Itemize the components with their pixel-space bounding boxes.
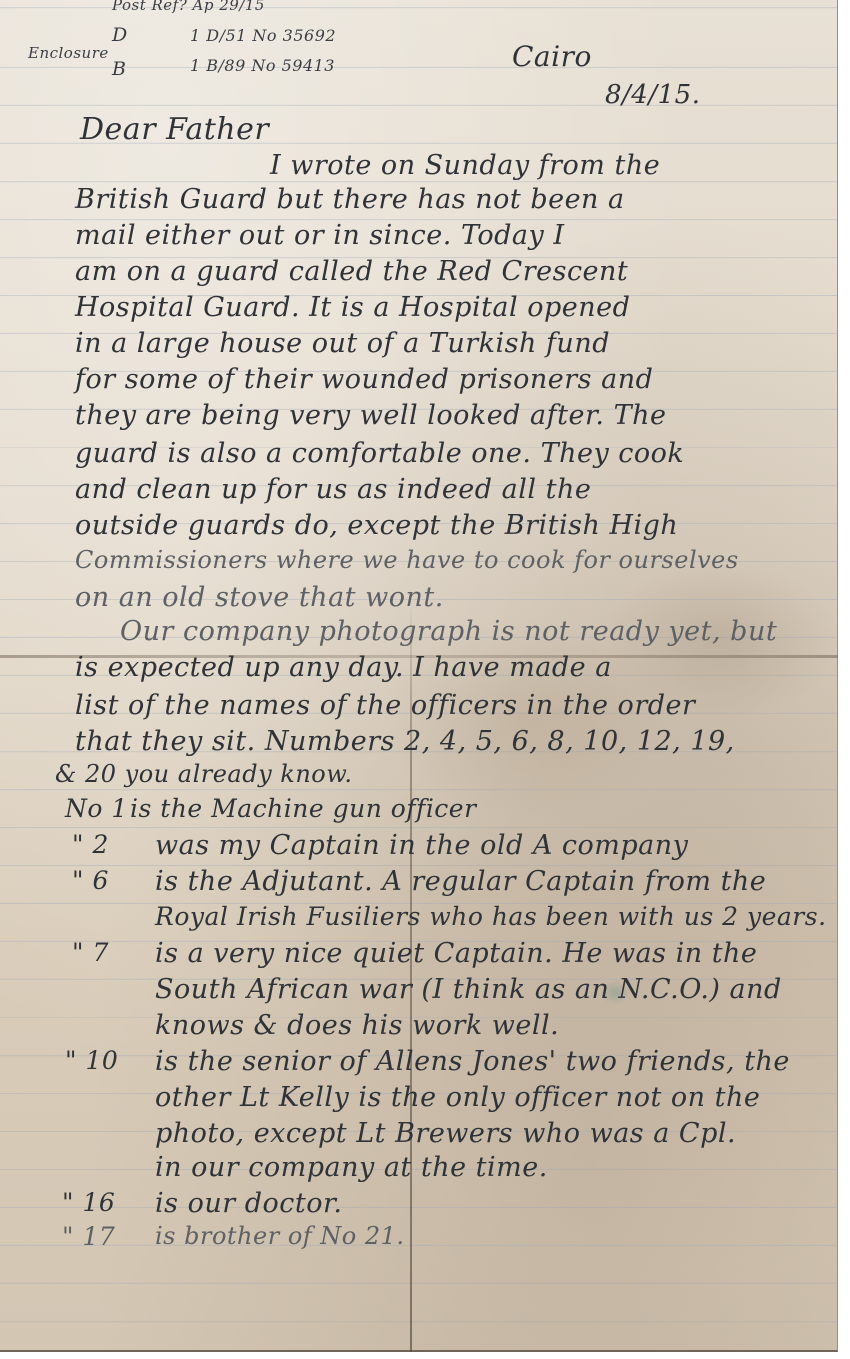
list-item-text: South African war (I think as an N.C.O.)…	[155, 974, 782, 1005]
list-item-text: was my Captain in the old A company	[155, 830, 688, 861]
letter-date: 8/4/15.	[605, 80, 700, 110]
body-line: list of the names of the officers in the…	[75, 690, 695, 721]
body-line: Hospital Guard. It is a Hospital opened	[75, 292, 630, 323]
body-line: they are being very well looked after. T…	[75, 400, 666, 431]
enclosure-ref-b: 1 B/89 No 59413	[190, 56, 335, 75]
body-line: guard is also a comfortable one. They co…	[75, 438, 684, 469]
list-item-text: photo, except Lt Brewers who was a Cpl.	[155, 1118, 736, 1149]
list-marker: " 10	[65, 1046, 118, 1075]
body-line: that they sit. Numbers 2, 4, 5, 6, 8, 10…	[75, 726, 735, 757]
enclosure-label: Enclosure	[28, 44, 109, 62]
body-line: am on a guard called the Red Crescent	[75, 256, 628, 287]
list-item-text: is brother of No 21.	[155, 1222, 405, 1250]
body-line: Our company photograph is not ready yet,…	[120, 616, 777, 647]
list-item-text: is the senior of Allens Jones' two frien…	[155, 1046, 790, 1077]
body-line: is expected up any day. I have made a	[75, 652, 612, 683]
enclosure-letter-d: D	[112, 24, 128, 46]
list-item-text: knows & does his work well.	[155, 1010, 559, 1041]
enclosure-letter-b: B	[112, 58, 126, 80]
body-line: Commissioners where we have to cook for …	[75, 546, 739, 574]
salutation: Dear Father	[80, 112, 269, 147]
letter-place: Cairo	[512, 40, 592, 73]
body-line: outside guards do, except the British Hi…	[75, 510, 678, 541]
list-marker: No 1	[65, 794, 128, 823]
body-line: & 20 you already know.	[55, 760, 353, 788]
body-line: British Guard but there has not been a	[75, 184, 625, 215]
list-marker: " 7	[72, 938, 109, 967]
body-line: in a large house out of a Turkish fund	[75, 328, 610, 359]
body-line: for some of their wounded prisoners and	[75, 364, 653, 395]
list-item-text: is our doctor.	[155, 1188, 343, 1219]
list-marker: " 2	[72, 830, 109, 859]
post-ref-annotation: Post Ref? Ap 29/15	[112, 0, 265, 14]
body-line: I wrote on Sunday from the	[270, 150, 660, 181]
list-item-text: is the Adjutant. A regular Captain from …	[155, 866, 766, 897]
enclosure-ref-d: 1 D/51 No 35692	[190, 26, 336, 45]
list-marker: " 6	[72, 866, 109, 895]
list-item-text: other Lt Kelly is the only officer not o…	[155, 1082, 760, 1113]
list-item-text: Royal Irish Fusiliers who has been with …	[155, 902, 827, 931]
list-item-text: in our company at the time.	[155, 1152, 548, 1183]
list-item-text: is the Machine gun officer	[130, 794, 477, 823]
list-marker: " 17	[62, 1222, 115, 1251]
body-line: on an old stove that wont.	[75, 582, 444, 613]
list-marker: " 16	[62, 1188, 115, 1217]
body-line: mail either out or in since. Today I	[75, 220, 565, 251]
list-item-text: is a very nice quiet Captain. He was in …	[155, 938, 757, 969]
body-line: and clean up for us as indeed all the	[75, 474, 591, 505]
